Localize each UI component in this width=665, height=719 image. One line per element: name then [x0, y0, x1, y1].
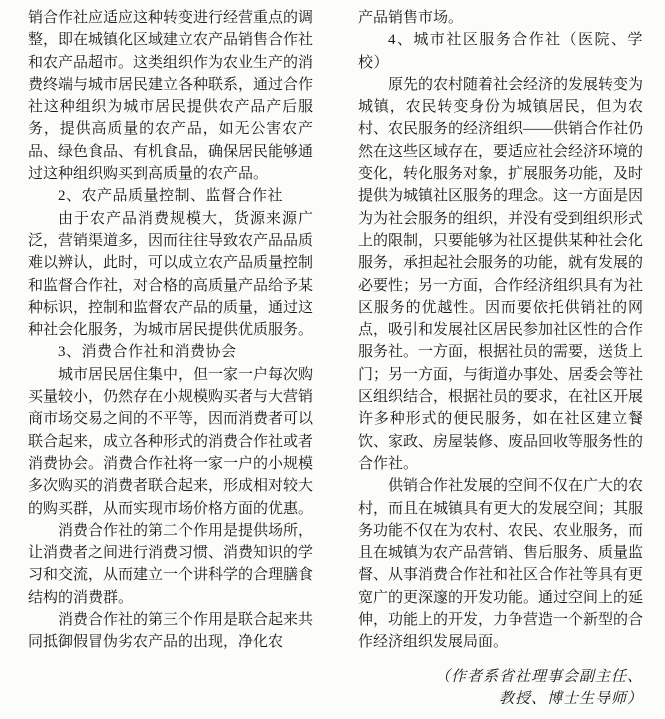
- section-heading-4: 4、城市社区服务合作社（医院、学校）: [358, 29, 643, 74]
- section-heading-3: 3、消费合作社和消费协会: [28, 341, 313, 363]
- right-column: 产品销售市场。 4、城市社区服务合作社（医院、学校） 原先的农村随着社会经济的发…: [358, 7, 643, 719]
- section-heading-2: 2、农产品质量控制、监督合作社: [28, 185, 313, 207]
- left-column: 销合作社应适应这种转变进行经营重点的调整，即在城镇化区域建立农产品销售合作社和农…: [28, 7, 313, 719]
- author-note-line-2: 教授、博士生导师）: [358, 688, 643, 710]
- paragraph-continuation: 产品销售市场。: [358, 7, 643, 29]
- paragraph-runover: 消费合作社的第三个作用是联合起来共同抵御假冒伪劣农产品的出现，净化农: [28, 609, 313, 654]
- paragraph: 原先的农村随着社会经济的发展转变为城镇，农民转变身份为城镇居民，但为农村、农民服…: [358, 74, 643, 475]
- paragraph-continuation: 销合作社应适应这种转变进行经营重点的调整，即在城镇化区域建立农产品销售合作社和农…: [28, 7, 313, 185]
- document-page: 销合作社应适应这种转变进行经营重点的调整，即在城镇化区域建立农产品销售合作社和农…: [0, 0, 665, 719]
- paragraph: 消费合作社的第二个作用是提供场所，让消费者之间进行消费习惯、消费知识的学习和交流…: [28, 520, 313, 609]
- author-note-line-1: （作者系省社理事会副主任、: [358, 666, 643, 688]
- paragraph: 供销合作社发展的空间不仅在广大的农村，而且在城镇具有更大的发展空间；其服务功能不…: [358, 475, 643, 653]
- paragraph: 由于农产品消费规模大，货源来源广泛，营销渠道多，因而往往导致农产品品质难以辨认，…: [28, 208, 313, 342]
- paragraph: 城市居民居住集中，但一家一户每次购买量较小，仍然存在小规模购买者与大营销商市场交…: [28, 364, 313, 520]
